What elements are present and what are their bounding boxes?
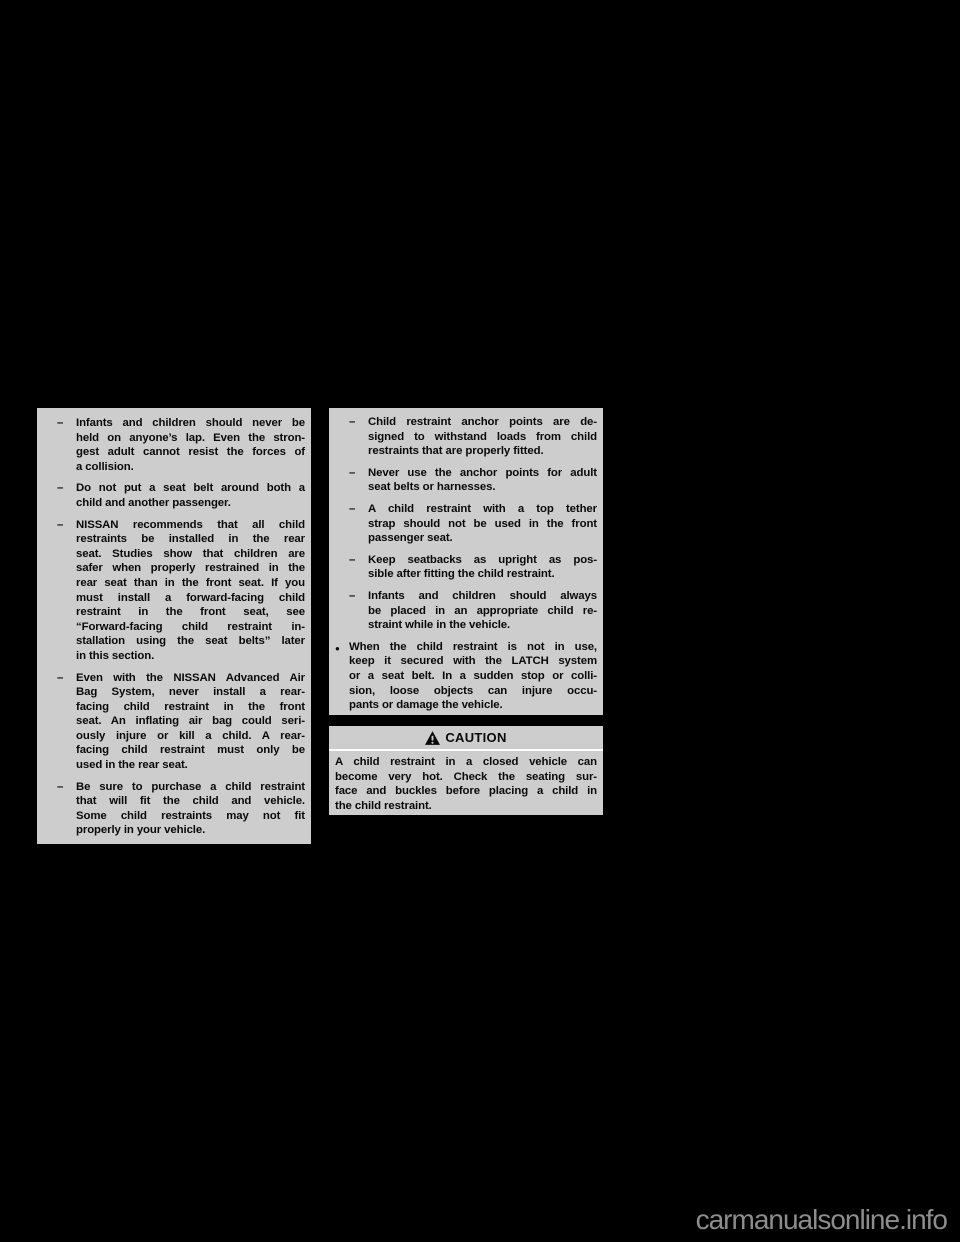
- left-text-box: –Infants and children should never behel…: [37, 408, 311, 844]
- list-item: –NISSAN recommends that all childrestrai…: [42, 518, 305, 664]
- dash-marker-icon: –: [57, 481, 63, 496]
- list-item: –Child restraint anchor points are de-si…: [334, 415, 597, 459]
- text-line: pants or damage the vehicle.: [349, 698, 597, 713]
- text-line: Bag System, never install a rear-: [76, 685, 305, 700]
- dash-marker-icon: –: [349, 589, 355, 604]
- text-line: Keep seatbacks as upright as pos-: [368, 553, 597, 568]
- text-line: NISSAN recommends that all child: [76, 518, 305, 533]
- text-line: Be sure to purchase a child restraint: [76, 780, 305, 795]
- list-item: –Infants and children should alwaysbe pl…: [334, 589, 597, 633]
- caution-body-box: A child restraint in a closed vehicle ca…: [329, 751, 603, 815]
- text-line: become very hot. Check the seating sur-: [335, 770, 597, 785]
- text-line: facing child restraint must only be: [76, 743, 305, 758]
- text-line: gest adult cannot resist the forces of: [76, 445, 305, 460]
- manual-page: –Infants and children should never behel…: [0, 0, 960, 1242]
- text-line: properly in your vehicle.: [76, 823, 305, 838]
- text-line: safer when properly restrained in the: [76, 561, 305, 576]
- dash-marker-icon: –: [57, 518, 63, 533]
- text-line: Some child restraints may not fit: [76, 809, 305, 824]
- text-line: Infants and children should never be: [76, 416, 305, 431]
- text-line: the child restraint.: [335, 799, 597, 814]
- text-line: sion, loose objects can injure occu-: [349, 684, 597, 699]
- text-line: Child restraint anchor points are de-: [368, 415, 597, 430]
- text-line: A child restraint with a top tether: [368, 502, 597, 517]
- list-item: –Be sure to purchase a child restraintth…: [42, 780, 305, 838]
- text-line: in this section.: [76, 649, 305, 664]
- text-line: face and buckles before placing a child …: [335, 784, 597, 799]
- text-line: stallation using the seat belts” later: [76, 634, 305, 649]
- text-line: restraint in the front seat, see: [76, 605, 305, 620]
- dash-marker-icon: –: [57, 671, 63, 686]
- right-text-box: –Child restraint anchor points are de-si…: [329, 408, 603, 715]
- text-line: seat. An inflating air bag could seri-: [76, 714, 305, 729]
- dash-marker-icon: –: [349, 415, 355, 430]
- text-line: Even with the NISSAN Advanced Air: [76, 671, 305, 686]
- list-item: –Never use the anchor points for adultse…: [334, 466, 597, 495]
- text-line: Do not put a seat belt around both a: [76, 481, 305, 496]
- text-line: a collision.: [76, 460, 305, 475]
- dash-marker-icon: –: [349, 502, 355, 517]
- list-item: –Even with the NISSAN Advanced AirBag Sy…: [42, 671, 305, 773]
- dash-marker-icon: –: [349, 553, 355, 568]
- dash-marker-icon: –: [57, 780, 63, 795]
- bullet-marker-icon: ●: [335, 642, 340, 657]
- list-item: ●When the child restraint is not in use,…: [334, 640, 597, 713]
- text-line: seat belts or harnesses.: [368, 480, 597, 495]
- list-item: –Infants and children should never behel…: [42, 416, 305, 474]
- text-line: held on anyone’s lap. Even the stron-: [76, 431, 305, 446]
- text-line: signed to withstand loads from child: [368, 430, 597, 445]
- text-line: A child restraint in a closed vehicle ca…: [335, 755, 597, 770]
- text-line: passenger seat.: [368, 531, 597, 546]
- list-item: –A child restraint with a top tetherstra…: [334, 502, 597, 546]
- text-line: restraints be installed in the rear: [76, 532, 305, 547]
- text-line: or a seat belt. In a sudden stop or coll…: [349, 669, 597, 684]
- list-item: –Keep seatbacks as upright as pos-sible …: [334, 553, 597, 582]
- text-line: restraints that are properly fitted.: [368, 444, 597, 459]
- dash-marker-icon: –: [57, 416, 63, 431]
- text-line: sible after fitting the child restraint.: [368, 567, 597, 582]
- text-line: be placed in an appropriate child re-: [368, 604, 597, 619]
- list-item: –Do not put a seat belt around both achi…: [42, 481, 305, 510]
- text-line: child and another passenger.: [76, 496, 305, 511]
- text-line: ously injure or kill a child. A rear-: [76, 729, 305, 744]
- watermark-text: carmanualsonline.info: [696, 1206, 947, 1234]
- text-line: keep it secured with the LATCH system: [349, 654, 597, 669]
- text-line: seat. Studies show that children are: [76, 547, 305, 562]
- text-line: that will fit the child and vehicle.: [76, 794, 305, 809]
- text-line: must install a forward-facing child: [76, 591, 305, 606]
- warning-triangle-icon: [425, 731, 440, 745]
- dash-marker-icon: –: [349, 466, 355, 481]
- text-line: “Forward-facing child restraint in-: [76, 620, 305, 635]
- text-line: Never use the anchor points for adult: [368, 466, 597, 481]
- caution-title: CAUTION: [445, 730, 506, 745]
- text-line: used in the rear seat.: [76, 758, 305, 773]
- text-line: rear seat than in the front seat. If you: [76, 576, 305, 591]
- text-line: straint while in the vehicle.: [368, 618, 597, 633]
- text-line: facing child restraint in the front: [76, 700, 305, 715]
- caution-header: CAUTION: [329, 726, 603, 751]
- text-line: strap should not be used in the front: [368, 517, 597, 532]
- text-line: Infants and children should always: [368, 589, 597, 604]
- text-line: When the child restraint is not in use,: [349, 640, 597, 655]
